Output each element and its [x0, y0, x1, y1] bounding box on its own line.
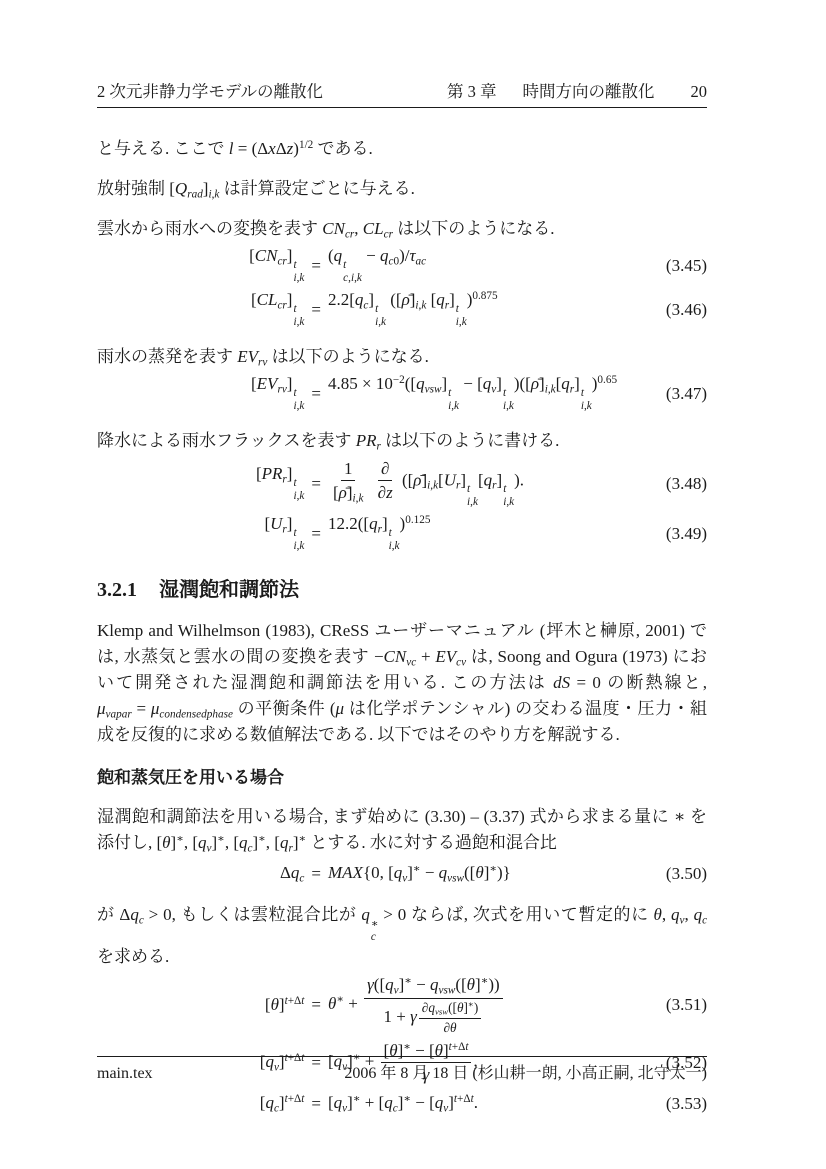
paragraph-rain-evaporation: 雨水の蒸発を表す EVrv は以下のようになる. [97, 344, 707, 370]
equation-lhs: [EVrv]ti,k [97, 374, 304, 414]
equation-rhs: (qtc,i,k − qc0)/τac [328, 246, 426, 286]
equation-rhs: 4.85 × 10−2([qvsw]ti,k − [qv]ti,k)([ρ̄]i… [328, 374, 617, 414]
subsection-heading: 飽和蒸気圧を用いる場合 [97, 766, 707, 790]
paragraph-saturation-adjustment: Klemp and Wilhelmson (1983), CReSS ユーザーマ… [97, 618, 707, 748]
equation-rhs: 1[ρ̄]i,k ∂∂z ([ρ̄]i,k[Ur]ti,k[qr]ti,k). [328, 458, 524, 510]
equation-relation: = [304, 864, 328, 884]
footer-filename: main.tex [97, 1064, 153, 1084]
equation-lhs: [CLcr]ti,k [97, 290, 304, 330]
equation-relation: = [304, 300, 328, 320]
equation-relation: = [304, 995, 328, 1015]
equation-relation: = [304, 1094, 328, 1114]
section-title: 湿潤飽和調節法 [159, 579, 299, 601]
equation-lhs: [θ]t+Δt [97, 995, 304, 1015]
equation-3-46: [CLcr]ti,k = 2.2[qc]ti,k ([ρ̄]i,k [qr]ti… [97, 290, 707, 330]
page-footer: main.tex 2006 年 8 月 18 日 (杉山耕一朗, 小高正嗣, 北… [97, 1056, 707, 1084]
equation-rhs: MAX{0, [qv]∗ − qvsw([θ]∗)} [328, 863, 511, 885]
page-number: 20 [691, 82, 708, 102]
section-heading: 3.2.1湿潤飽和調節法 [97, 576, 707, 604]
equation-lhs: [qc]t+Δt [97, 1093, 304, 1115]
paragraph-method-setup: 湿潤飽和調節法を用いる場合, まず始めに (3.30) – (3.37) 式から… [97, 804, 707, 856]
paragraph-cloud-to-rain: 雲水から雨水への変換を表す CNcr, CLcr は以下のようになる. [97, 216, 707, 242]
equation-3-45: [CNcr]ti,k = (qtc,i,k − qc0)/τac (3.45) [97, 246, 707, 286]
equation-relation: = [304, 256, 328, 276]
page-header: 2 次元非静力学モデルの離散化 第 3 章 時間方向の離散化 20 [97, 82, 707, 108]
equation-rhs: 2.2[qc]ti,k ([ρ̄]i,k [qr]ti,k)0.875 [328, 290, 498, 330]
equation-lhs: [PRr]ti,k [97, 464, 304, 504]
equation-number: (3.50) [656, 864, 707, 884]
equation-lhs: Δqc [97, 863, 304, 885]
section-number: 3.2.1 [97, 579, 137, 601]
running-head-left: 2 次元非静力学モデルの離散化 [97, 82, 323, 102]
equation-number: (3.45) [656, 256, 707, 276]
equation-3-51: [θ]t+Δt = θ∗ + γ([qv]∗ − qvsw([θ]∗))1 + … [97, 974, 707, 1036]
equation-relation: = [304, 474, 328, 494]
equation-rhs: 12.2([qr]ti,k)0.125 [328, 514, 430, 554]
equation-relation: = [304, 384, 328, 404]
footer-date-authors: 2006 年 8 月 18 日 (杉山耕一朗, 小高正嗣, 北守太一) [344, 1064, 707, 1084]
equation-number: (3.49) [656, 524, 707, 544]
chapter-label: 第 3 章 [447, 82, 497, 102]
equation-relation: = [304, 524, 328, 544]
equation-3-47: [EVrv]ti,k = 4.85 × 10−2([qvsw]ti,k − [q… [97, 374, 707, 414]
chapter-title: 時間方向の離散化 [523, 82, 655, 102]
equation-3-49: [Ur]ti,k = 12.2([qr]ti,k)0.125 (3.49) [97, 514, 707, 554]
equation-3-50: Δqc = MAX{0, [qv]∗ − qvsw([θ]∗)} (3.50) [97, 860, 707, 888]
equation-rhs: [qv]∗ + [qc]∗ − [qv]t+Δt. [328, 1093, 478, 1115]
paragraph-radiative-forcing: 放射強制 [Qrad]i,k は計算設定ごとに与える. [97, 176, 707, 202]
equation-group-pr-ur: [PRr]ti,k = 1[ρ̄]i,k ∂∂z ([ρ̄]i,k[Ur]ti,… [97, 458, 707, 554]
equation-group-provisional: [θ]t+Δt = θ∗ + γ([qv]∗ − qvsw([θ]∗))1 + … [97, 974, 707, 1117]
equation-3-53: [qc]t+Δt = [qv]∗ + [qc]∗ − [qv]t+Δt. (3.… [97, 1090, 707, 1118]
equation-number: (3.46) [656, 300, 707, 320]
equation-group-cn-cl: [CNcr]ti,k = (qtc,i,k − qc0)/τac (3.45) … [97, 246, 707, 330]
page-body: と与える. ここで l = (ΔxΔz)1/2 である. 放射強制 [Qrad]… [97, 106, 707, 1122]
equation-rhs: θ∗ + γ([qv]∗ − qvsw([θ]∗))1 + γ∂qvsw([θ]… [328, 974, 505, 1036]
equation-3-48: [PRr]ti,k = 1[ρ̄]i,k ∂∂z ([ρ̄]i,k[Ur]ti,… [97, 458, 707, 510]
equation-number: (3.53) [656, 1094, 707, 1114]
paragraph-intro: と与える. ここで l = (ΔxΔz)1/2 である. [97, 136, 707, 162]
equation-number: (3.48) [656, 474, 707, 494]
paragraph-rain-flux: 降水による雨水フラックスを表す PRr は以下のように書ける. [97, 428, 707, 454]
equation-lhs: [Ur]ti,k [97, 514, 304, 554]
equation-number: (3.47) [656, 384, 707, 404]
equation-lhs: [CNcr]ti,k [97, 246, 304, 286]
document-page: 2 次元非静力学モデルの離散化 第 3 章 時間方向の離散化 20 と与える. … [0, 0, 826, 1169]
equation-number: (3.51) [656, 995, 707, 1015]
paragraph-condition: が Δqc > 0, もしくは雲粒混合比が q∗c > 0 ならば, 次式を用い… [97, 902, 707, 971]
